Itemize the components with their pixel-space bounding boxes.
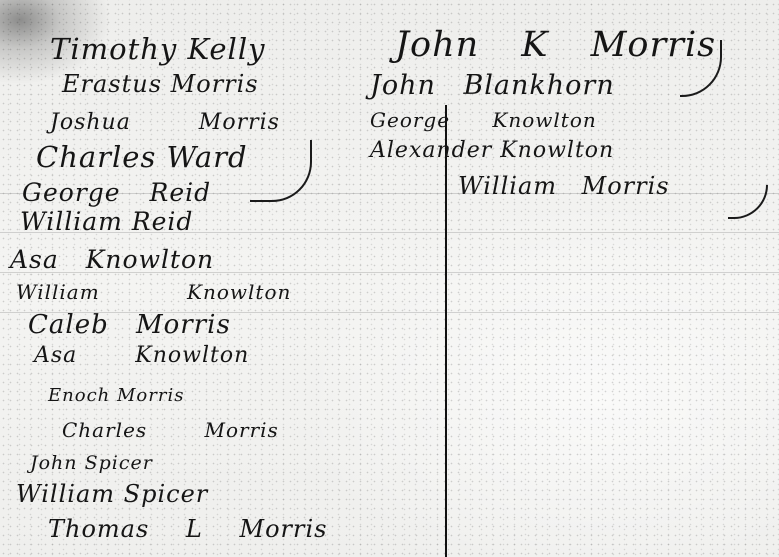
signature: Enoch Morris: [48, 385, 184, 406]
signature: George Knowlton: [370, 108, 597, 132]
document-page: Timothy Kelly Erastus Morris Joshua Morr…: [0, 0, 779, 557]
signature: John K Morris: [395, 25, 716, 65]
signature: Thomas L Morris: [48, 515, 327, 543]
signature: Charles Ward: [36, 140, 248, 174]
signature: Asa Knowlton: [34, 343, 249, 368]
signature: Erastus Morris: [62, 70, 259, 98]
signature: Charles Morris: [62, 418, 279, 442]
signature: Joshua Morris: [50, 110, 280, 135]
signature: Asa Knowlton: [10, 245, 214, 274]
signature: Timothy Kelly: [50, 32, 266, 66]
signature: William Knowlton: [16, 280, 291, 304]
signature: Caleb Morris: [28, 310, 231, 340]
column-divider: [445, 105, 447, 557]
signature: George Reid: [22, 178, 211, 207]
signature: John Blankhorn: [370, 70, 615, 101]
signature: John Spicer: [30, 452, 153, 474]
signature: William Spicer: [16, 480, 208, 508]
signature: William Reid: [20, 207, 193, 236]
signature: Alexander Knowlton: [370, 138, 614, 163]
signature: William Morris: [458, 172, 670, 200]
